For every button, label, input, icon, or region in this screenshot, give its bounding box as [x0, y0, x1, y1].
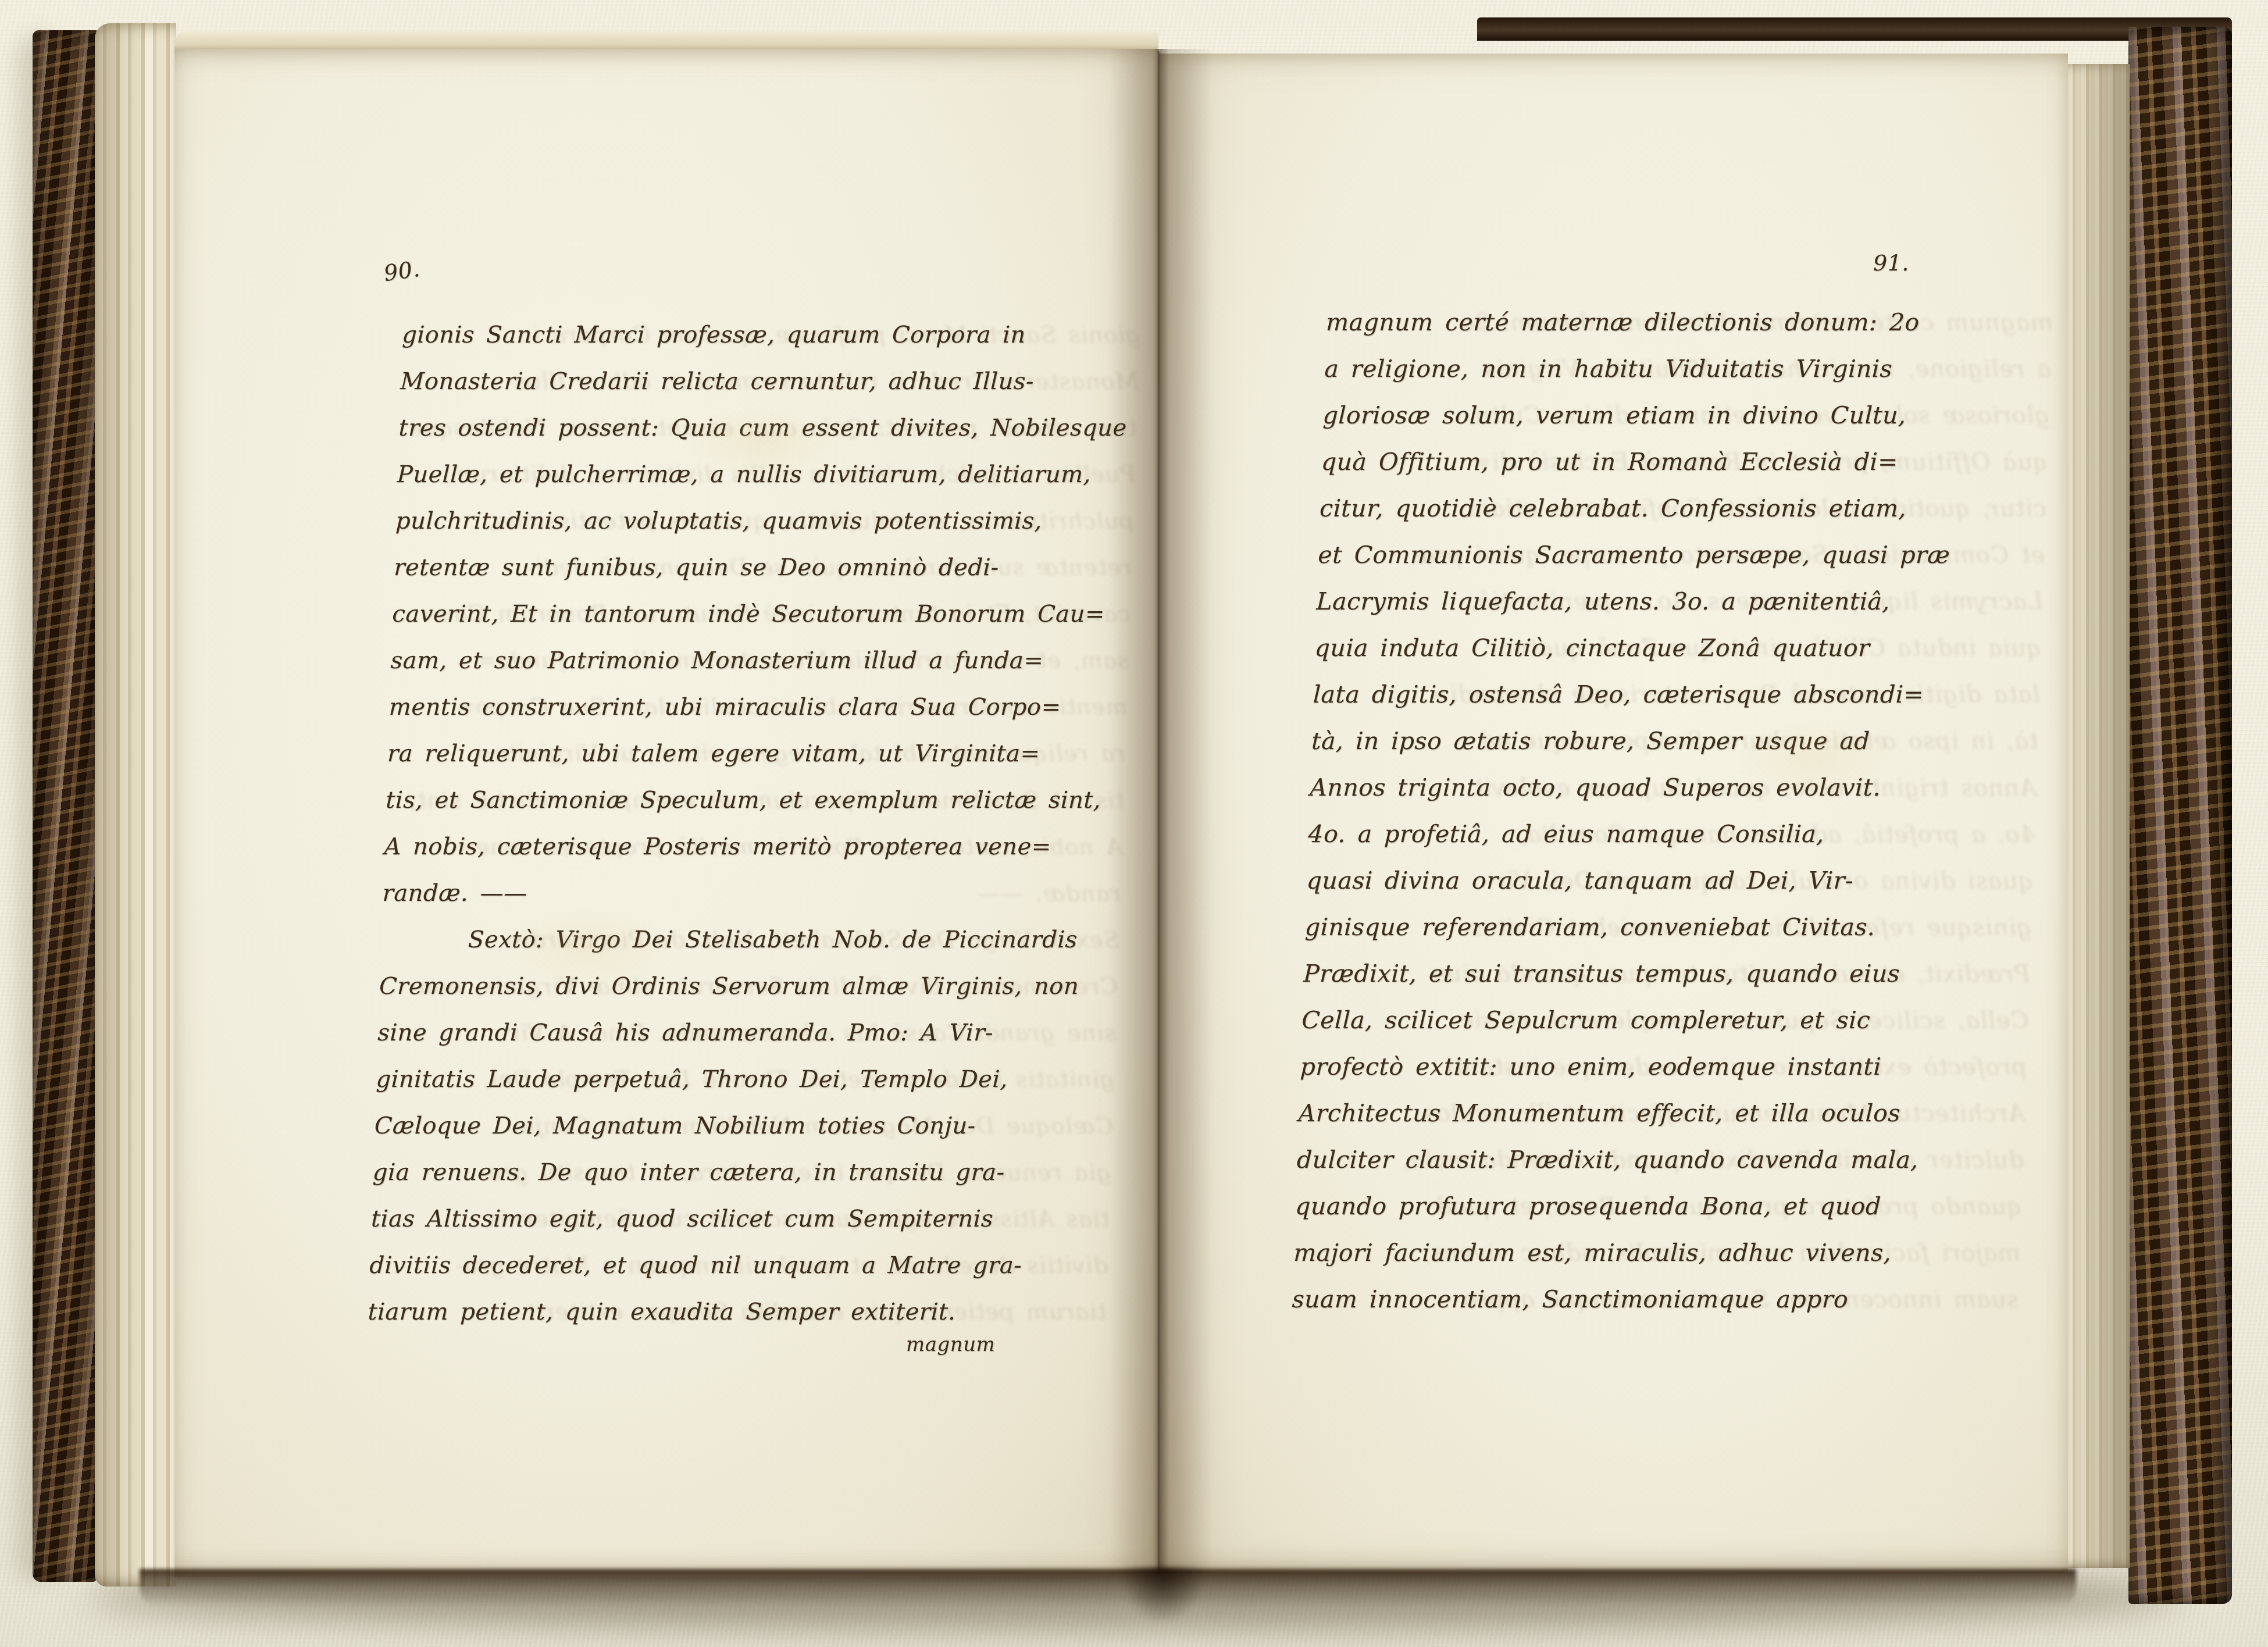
manuscript-line: Cremonensis, divi Ordinis Servorum almæ …	[379, 963, 1119, 1010]
left-page: gionis Sancti Marci professæ, quarum Cor…	[174, 49, 1159, 1577]
manuscript-line: Cæloque Dei, Magnatum Nobilium toties Co…	[373, 1103, 1114, 1149]
manuscript-line: gloriosæ solum, verum etiam in divino Cu…	[1322, 392, 2051, 439]
manuscript-line: caverint, Et in tantorum indè Secutorum …	[391, 591, 1132, 637]
catchword: magnum	[906, 1333, 995, 1356]
manuscript-line: retentæ sunt funibus, quin se Deo omninò…	[393, 544, 1133, 591]
right-marbled-cover-edge	[2128, 27, 2232, 1604]
manuscript-line: majori faciundum est, miraculis, adhuc v…	[1293, 1229, 2021, 1276]
gutter-center-line	[1158, 51, 1160, 1573]
manuscript-line: pulchritudinis, ac voluptatis, quamvis p…	[395, 498, 1135, 544]
manuscript-line: Lacrymis liquefacta, utens. 3o. a pænite…	[1315, 578, 2044, 625]
manuscript-text-right: magnum certé maternæ dilectionis donum: …	[1291, 299, 2053, 1322]
manuscript-line: sam, et suo Patrimonio Monasterium illud…	[390, 637, 1130, 684]
paper-stain	[1733, 721, 1896, 797]
manuscript-line: Sextò: Virgo Dei Stelisabeth Nob. de Pic…	[380, 917, 1121, 963]
manuscript-line: mentis construxerint, ubi miraculis clar…	[388, 684, 1129, 730]
manuscript-line: Monasteria Credarii relicta cernuntur, a…	[400, 358, 1140, 405]
manuscript-line: lata digitis, ostensâ Deo, cæterisque ab…	[1313, 671, 2041, 718]
manuscript-line: quà Offitium, pro ut in Romanà Ecclesià …	[1321, 439, 2049, 485]
manuscript-line: tias Altissimo egit, quod scilicet cum S…	[370, 1196, 1111, 1242]
manuscript-line: magnum certé maternæ dilectionis donum: …	[1325, 299, 2054, 345]
manuscript-line: tis, et Sanctimoniæ Speculum, et exemplu…	[385, 777, 1125, 823]
right-page: magnum certé maternæ dilectionis donum: …	[1159, 54, 2068, 1573]
manuscript-line: quasi divina oracula, tanquam ad Dei, Vi…	[1306, 857, 2034, 904]
manuscript-line: citur, quotidiè celebrabat. Confessionis…	[1319, 485, 2048, 532]
manuscript-line: et Communionis Sacramento persæpe, quasi…	[1317, 532, 2046, 578]
page-number-right: 91.	[1873, 250, 1909, 276]
manuscript-line: quando profutura prosequenda Bona, et qu…	[1295, 1183, 2023, 1229]
manuscript-line: ginitatis Laude perpetuâ, Throno Dei, Te…	[375, 1056, 1115, 1103]
manuscript-line: tà, in ipso ætatis robure, Semper usque …	[1311, 718, 2039, 764]
manuscript-line: dulciter clausit: Prædixit, quando caven…	[1296, 1136, 2025, 1183]
pages-bottom-edge	[140, 1569, 2076, 1606]
paper-stain	[500, 907, 675, 989]
manuscript-line: quia induta Cilitiò, cinctaque Zonâ quat…	[1314, 625, 2042, 671]
right-page-stack-fore-edge	[2068, 64, 2130, 1568]
manuscript-line: Annos triginta octo, quoad Superos evola…	[1309, 764, 2038, 811]
manuscript-line: Cella, scilicet Sepulcrum compleretur, e…	[1301, 997, 2030, 1043]
manuscript-line: ginisque referendariam, conveniebat Civi…	[1304, 904, 2033, 950]
manuscript-line: gia renuens. De quo inter cætera, in tra…	[372, 1149, 1112, 1196]
manuscript-line: randæ. ——	[381, 870, 1122, 917]
manuscript-line: a religione, non in habitu Viduitatis Vi…	[1324, 345, 2052, 392]
gutter-bottom-notch-shadow	[1119, 1568, 1207, 1624]
back-cover-top-edge	[1477, 17, 2232, 41]
manuscript-line: profectò extitit: uno enim, eodemque ins…	[1299, 1043, 2028, 1090]
manuscript-line: divitiis decederet, et quod nil unquam a…	[369, 1242, 1109, 1289]
photograph-background: gionis Sancti Marci professæ, quarum Cor…	[0, 0, 2268, 1647]
manuscript-line: A nobis, cæterisque Posteris meritò prop…	[383, 823, 1124, 870]
manuscript-line: Prædixit, et sui transitus tempus, quand…	[1303, 950, 2031, 997]
manuscript-line: Architectus Monumentum effecit, et illa …	[1297, 1090, 2026, 1136]
manuscript-line: ra reliquerunt, ubi talem egere vitam, u…	[387, 730, 1127, 777]
page-number-left: 90.	[382, 256, 421, 286]
gutter-shadow	[1108, 49, 1213, 1574]
manuscript-line: tiarum petient, quin exaudita Semper ext…	[367, 1289, 1107, 1335]
left-marbled-cover-edge	[33, 30, 97, 1582]
manuscript-line: 4o. a profetiâ, ad eius namque Consilia,	[1307, 811, 2036, 857]
manuscript-line: sine grandi Causâ his adnumeranda. Pmo: …	[377, 1010, 1117, 1056]
manuscript-line: suam innocentiam, Sanctimoniamque appro	[1291, 1276, 2020, 1322]
paper-stain	[686, 407, 837, 477]
manuscript-line: gionis Sancti Marci professæ, quarum Cor…	[401, 312, 1142, 358]
left-page-stack-fore-edge	[95, 23, 176, 1587]
